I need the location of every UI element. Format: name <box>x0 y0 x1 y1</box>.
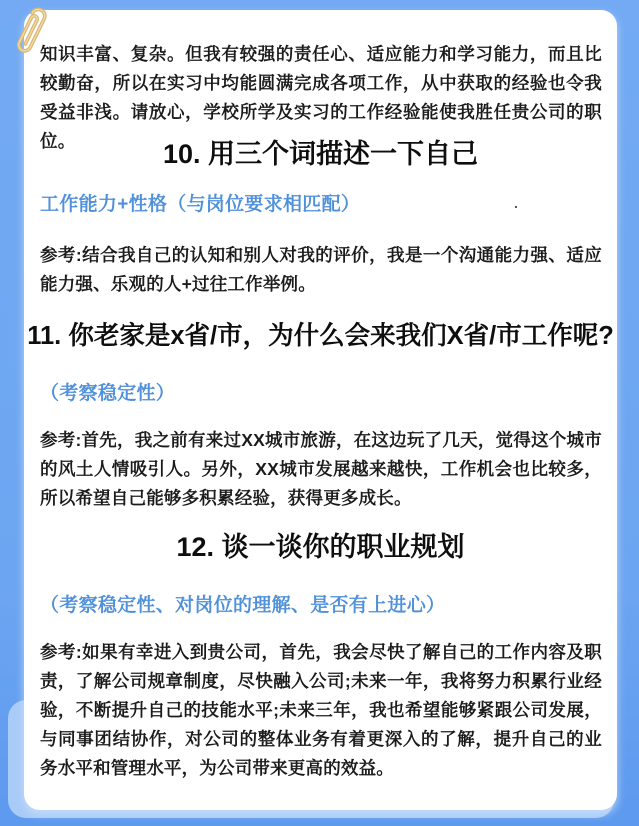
page-background: 知识丰富、复杂。但我有较强的责任心、适应能力和学习能力，而且比较勤奋，所以在实习… <box>0 0 639 826</box>
question-11-heading: 11. 你老家是x省/市，为什么会来我们X省/市工作呢? <box>24 320 617 352</box>
question-12-answer: 参考:如果有幸进入到贵公司，首先，我会尽快了解自己的工作内容及职责，了解公司规章… <box>40 638 602 783</box>
question-12-hint: （考察稳定性、对岗位的理解、是否有上进心） <box>40 595 445 617</box>
question-12-heading: 12. 谈一谈你的职业规划 <box>24 531 617 563</box>
question-11-hint: （考察稳定性） <box>40 383 175 405</box>
stray-dot: . <box>514 196 518 210</box>
question-11-answer: 参考:首先，我之前有来过XX城市旅游，在这边玩了几天，觉得这个城市的风土人情吸引… <box>40 426 602 513</box>
question-10-hint: 工作能力+性格（与岗位要求相匹配） <box>40 194 360 216</box>
question-10-answer: 参考:结合我自己的认知和别人对我的评价，我是一个沟通能力强、适应能力强、乐观的人… <box>40 241 602 299</box>
question-10-heading: 10. 用三个词描述一下自己 <box>24 138 617 170</box>
content-card: 知识丰富、复杂。但我有较强的责任心、适应能力和学习能力，而且比较勤奋，所以在实习… <box>24 10 617 810</box>
